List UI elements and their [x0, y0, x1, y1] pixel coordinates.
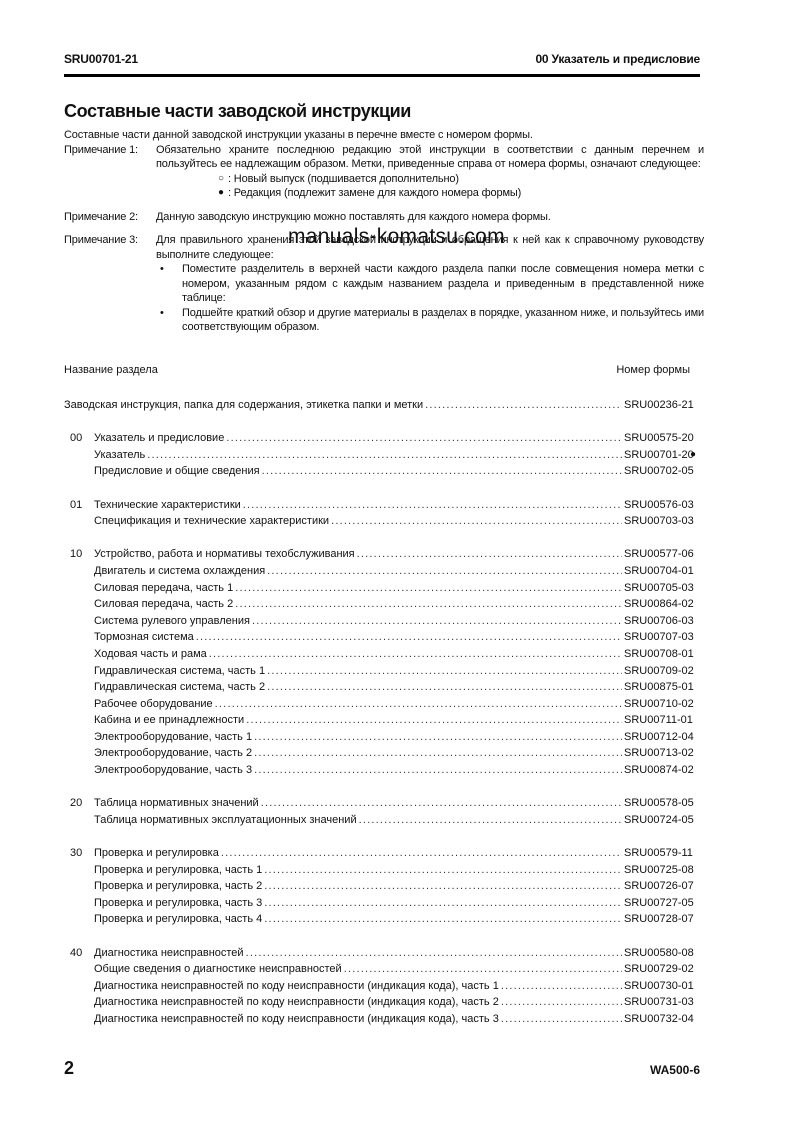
note-label: Примечание 1: — [64, 143, 156, 201]
toc-title: Таблица нормативных эксплуатационных зна… — [94, 812, 357, 829]
toc-form-number: SRU00580-08 — [624, 945, 704, 962]
toc-title: Силовая передача, часть 1 — [94, 580, 233, 597]
toc-row: Кабина и ее принадлежностиSRU00711-01 — [64, 712, 704, 729]
leader-dots — [501, 994, 622, 1011]
revision-mark-icon: ● — [690, 447, 696, 464]
mark-legend-text: : Новый выпуск (подшивается дополнительн… — [228, 172, 459, 187]
toc-row: Заводская инструкция, папка для содержан… — [64, 397, 704, 414]
open-circle-icon: ○ — [216, 172, 226, 187]
toc-row: Проверка и регулировка, часть 3SRU00727-… — [64, 895, 704, 912]
filled-circle-icon: ● — [216, 186, 226, 201]
toc-form-number: SRU00874-02 — [624, 762, 704, 779]
toc-title: Ходовая часть и рама — [94, 646, 207, 663]
toc-row: УказательSRU00701-20● — [64, 447, 704, 464]
toc-title: Диагностика неисправностей по коду неисп… — [94, 994, 499, 1011]
toc-title: Проверка и регулировка — [94, 845, 219, 862]
leader-dots — [262, 463, 622, 480]
toc-row: Спецификация и технические характеристик… — [64, 513, 704, 530]
leader-dots — [243, 497, 622, 514]
leader-dots — [254, 762, 622, 779]
section-number: 20 — [64, 795, 94, 812]
toc-title: Гидравлическая система, часть 1 — [94, 663, 265, 680]
toc-form-number: SRU00703-03 — [624, 513, 704, 530]
note-3: Примечание 3: Для правильного хранения э… — [64, 233, 704, 335]
toc-title: Электрооборудование, часть 3 — [94, 762, 252, 779]
toc-form-number: SRU00707-03 — [624, 629, 704, 646]
toc-title: Электрооборудование, часть 1 — [94, 729, 252, 746]
section-number: 40 — [64, 945, 94, 962]
group-spacer — [64, 530, 704, 547]
toc-title: Проверка и регулировка, часть 1 — [94, 862, 262, 879]
toc-title: Тормозная система — [94, 629, 194, 646]
leader-dots — [147, 447, 622, 464]
toc-row: Проверка и регулировка, часть 1SRU00725-… — [64, 862, 704, 879]
page-footer: 2 WA500-6 — [64, 1058, 700, 1079]
note-1: Примечание 1: Обязательно храните послед… — [64, 143, 704, 201]
page-header: SRU00701-21 00 Указатель и предисловие — [64, 52, 700, 66]
mark-legend: ○ : Новый выпуск (подшивается дополнител… — [156, 172, 704, 201]
leader-dots — [235, 580, 622, 597]
leader-dots — [267, 563, 622, 580]
group-spacer — [64, 414, 704, 431]
toc-title: Предисловие и общие сведения — [94, 463, 260, 480]
toc-title: Технические характеристики — [94, 497, 241, 514]
leader-dots — [501, 1011, 622, 1028]
toc-form-number: SRU00706-03 — [624, 613, 704, 630]
toc-title: Система рулевого управления — [94, 613, 250, 630]
toc-title: Силовая передача, часть 2 — [94, 596, 233, 613]
leader-dots — [267, 679, 622, 696]
group-spacer — [64, 779, 704, 796]
toc-row: Таблица нормативных эксплуатационных зна… — [64, 812, 704, 829]
group-spacer — [64, 480, 704, 497]
toc-row: Ходовая часть и рамаSRU00708-01 — [64, 646, 704, 663]
toc-form-number: SRU00864-02 — [624, 596, 704, 613]
leader-dots — [226, 430, 622, 447]
toc-title: Кабина и ее принадлежности — [94, 712, 244, 729]
toc-form-number: SRU00702-05 — [624, 463, 704, 480]
toc-title: Проверка и регулировка, часть 4 — [94, 911, 262, 928]
toc-row: Диагностика неисправностей по коду неисп… — [64, 994, 704, 1011]
toc-title: Общие сведения о диагностике неисправнос… — [94, 961, 342, 978]
page-number: 2 — [64, 1058, 74, 1079]
toc-title: Рабочее оборудование — [94, 696, 213, 713]
toc-form-number: SRU00713-02 — [624, 745, 704, 762]
leader-dots — [246, 945, 622, 962]
leader-dots — [261, 795, 622, 812]
leader-dots — [264, 862, 622, 879]
leader-dots — [196, 629, 622, 646]
toc-row: Предисловие и общие сведенияSRU00702-05 — [64, 463, 704, 480]
toc-row: 20Таблица нормативных значенийSRU00578-0… — [64, 795, 704, 812]
toc-row: Диагностика неисправностей по коду неисп… — [64, 1011, 704, 1028]
bullet-item: • Поместите разделитель в верхней части … — [156, 262, 704, 306]
header-section-title: 00 Указатель и предисловие — [535, 52, 700, 66]
toc-form-number: SRU00875-01 — [624, 679, 704, 696]
leader-dots — [264, 878, 622, 895]
leader-dots — [246, 712, 622, 729]
leader-dots — [254, 745, 622, 762]
model-code: WA500-6 — [650, 1063, 700, 1077]
toc-title: Электрооборудование, часть 2 — [94, 745, 252, 762]
toc-form-number: SRU00728-07 — [624, 911, 704, 928]
toc-row: Тормозная системаSRU00707-03 — [64, 629, 704, 646]
leader-dots — [252, 613, 622, 630]
toc-form-number: SRU00578-05 — [624, 795, 704, 812]
note-text: Обязательно храните последнюю редакцию э… — [156, 143, 704, 172]
toc-title: Диагностика неисправностей по коду неисп… — [94, 1011, 499, 1028]
toc-row: 10Устройство, работа и нормативы техобсл… — [64, 546, 704, 563]
note-text: Для правильного хранения этой заводской … — [156, 233, 704, 262]
toc-row: 01Технические характеристикиSRU00576-03 — [64, 497, 704, 514]
toc-title: Спецификация и технические характеристик… — [94, 513, 329, 530]
bullet-list: • Поместите разделитель в верхней части … — [156, 262, 704, 335]
toc-title: Указатель и предисловие — [94, 430, 224, 447]
toc-row: Гидравлическая система, часть 1SRU00709-… — [64, 663, 704, 680]
toc-row: Рабочее оборудованиеSRU00710-02 — [64, 696, 704, 713]
toc-form-number: SRU00577-06 — [624, 546, 704, 563]
toc-form-number: SRU00727-05 — [624, 895, 704, 912]
toc-row: Электрооборудование, часть 1SRU00712-04 — [64, 729, 704, 746]
toc-form-number: SRU00576-03 — [624, 497, 704, 514]
toc-form-number: SRU00731-03 — [624, 994, 704, 1011]
toc-form-number: SRU00711-01 — [624, 712, 704, 729]
toc-title: Устройство, работа и нормативы техобслуж… — [94, 546, 355, 563]
toc-form-number: SRU00730-01 — [624, 978, 704, 995]
intro-paragraph: Составные части данной заводской инструк… — [64, 128, 704, 143]
section-number: 30 — [64, 845, 94, 862]
note-text: Данную заводскую инструкцию можно постав… — [156, 210, 704, 225]
toc-title: Диагностика неисправностей по коду неисп… — [94, 978, 499, 995]
toc-form-number: SRU00704-01 — [624, 563, 704, 580]
toc-form-number: SRU00724-05 — [624, 812, 704, 829]
page-title: Составные части заводской инструкции — [64, 101, 411, 122]
toc-form-number: SRU00732-04 — [624, 1011, 704, 1028]
bullet-text: Поместите разделитель в верхней части ка… — [182, 262, 704, 306]
leader-dots — [331, 513, 622, 530]
section-number: 00 — [64, 430, 94, 447]
leader-dots — [235, 596, 622, 613]
toc-form-number: SRU00236-21 — [624, 397, 704, 414]
toc-row: 00Указатель и предисловиеSRU00575-20 — [64, 430, 704, 447]
leader-dots — [501, 978, 622, 995]
toc-title: Гидравлическая система, часть 2 — [94, 679, 265, 696]
column-header-form: Номер формы — [616, 364, 690, 376]
toc-form-number: SRU00729-02 — [624, 961, 704, 978]
section-number: 01 — [64, 497, 94, 514]
toc-title: Заводская инструкция, папка для содержан… — [64, 397, 423, 414]
bullet-text: Подшейте краткий обзор и другие материал… — [182, 306, 704, 335]
mark-legend-revision: ● : Редакция (подлежит замене для каждог… — [216, 186, 704, 201]
column-header-section: Название раздела — [64, 364, 158, 376]
toc-form-number: SRU00710-02 — [624, 696, 704, 713]
mark-legend-new: ○ : Новый выпуск (подшивается дополнител… — [216, 172, 704, 187]
toc-form-number: SRU00726-07 — [624, 878, 704, 895]
toc-row: Проверка и регулировка, часть 2SRU00726-… — [64, 878, 704, 895]
toc-form-number: SRU00705-03 — [624, 580, 704, 597]
note-label: Примечание 3: — [64, 233, 156, 335]
toc-title: Проверка и регулировка, часть 3 — [94, 895, 262, 912]
leader-dots — [209, 646, 622, 663]
leader-dots — [357, 546, 622, 563]
toc-form-number: SRU00579-11 — [624, 845, 704, 862]
mark-legend-text: : Редакция (подлежит замене для каждого … — [228, 186, 521, 201]
toc-title: Указатель — [94, 447, 145, 464]
group-spacer — [64, 828, 704, 845]
toc-row: Двигатель и система охлажденияSRU00704-0… — [64, 563, 704, 580]
toc-row: Система рулевого управленияSRU00706-03 — [64, 613, 704, 630]
toc-row: Электрооборудование, часть 3SRU00874-02 — [64, 762, 704, 779]
bullet-icon: • — [156, 262, 182, 306]
leader-dots — [344, 961, 622, 978]
toc-row: 40Диагностика неисправностейSRU00580-08 — [64, 945, 704, 962]
note-label: Примечание 2: — [64, 210, 156, 225]
toc-row: Электрооборудование, часть 2SRU00713-02 — [64, 745, 704, 762]
toc-row: Общие сведения о диагностике неисправнос… — [64, 961, 704, 978]
leader-dots — [425, 397, 622, 414]
leader-dots — [215, 696, 622, 713]
note-2: Примечание 2: Данную заводскую инструкци… — [64, 210, 704, 225]
header-divider — [64, 74, 700, 77]
toc-row: Силовая передача, часть 1SRU00705-03 — [64, 580, 704, 597]
toc-row: 30Проверка и регулировкаSRU00579-11 — [64, 845, 704, 862]
toc-form-number: SRU00725-08 — [624, 862, 704, 879]
toc-form-number: SRU00708-01 — [624, 646, 704, 663]
toc-row: Проверка и регулировка, часть 4SRU00728-… — [64, 911, 704, 928]
toc-title: Двигатель и система охлаждения — [94, 563, 265, 580]
toc-title: Таблица нормативных значений — [94, 795, 259, 812]
toc-title: Проверка и регулировка, часть 2 — [94, 878, 262, 895]
intro-block: Составные части данной заводской инструк… — [64, 128, 704, 335]
group-spacer — [64, 928, 704, 945]
toc-column-headers: Название раздела Номер формы — [64, 364, 690, 376]
toc-form-number: SRU00575-20 — [624, 430, 704, 447]
leader-dots — [267, 663, 622, 680]
leader-dots — [264, 911, 622, 928]
toc-row: Диагностика неисправностей по коду неисп… — [64, 978, 704, 995]
leader-dots — [264, 895, 622, 912]
table-of-contents: Заводская инструкция, папка для содержан… — [64, 397, 704, 1028]
toc-form-number: SRU00709-02 — [624, 663, 704, 680]
leader-dots — [359, 812, 622, 829]
section-number: 10 — [64, 546, 94, 563]
doc-code: SRU00701-21 — [64, 52, 138, 66]
bullet-icon: • — [156, 306, 182, 335]
toc-row: Гидравлическая система, часть 2SRU00875-… — [64, 679, 704, 696]
leader-dots — [254, 729, 622, 746]
leader-dots — [221, 845, 622, 862]
bullet-item: • Подшейте краткий обзор и другие матери… — [156, 306, 704, 335]
toc-title: Диагностика неисправностей — [94, 945, 244, 962]
toc-row: Силовая передача, часть 2SRU00864-02 — [64, 596, 704, 613]
toc-form-number: SRU00712-04 — [624, 729, 704, 746]
